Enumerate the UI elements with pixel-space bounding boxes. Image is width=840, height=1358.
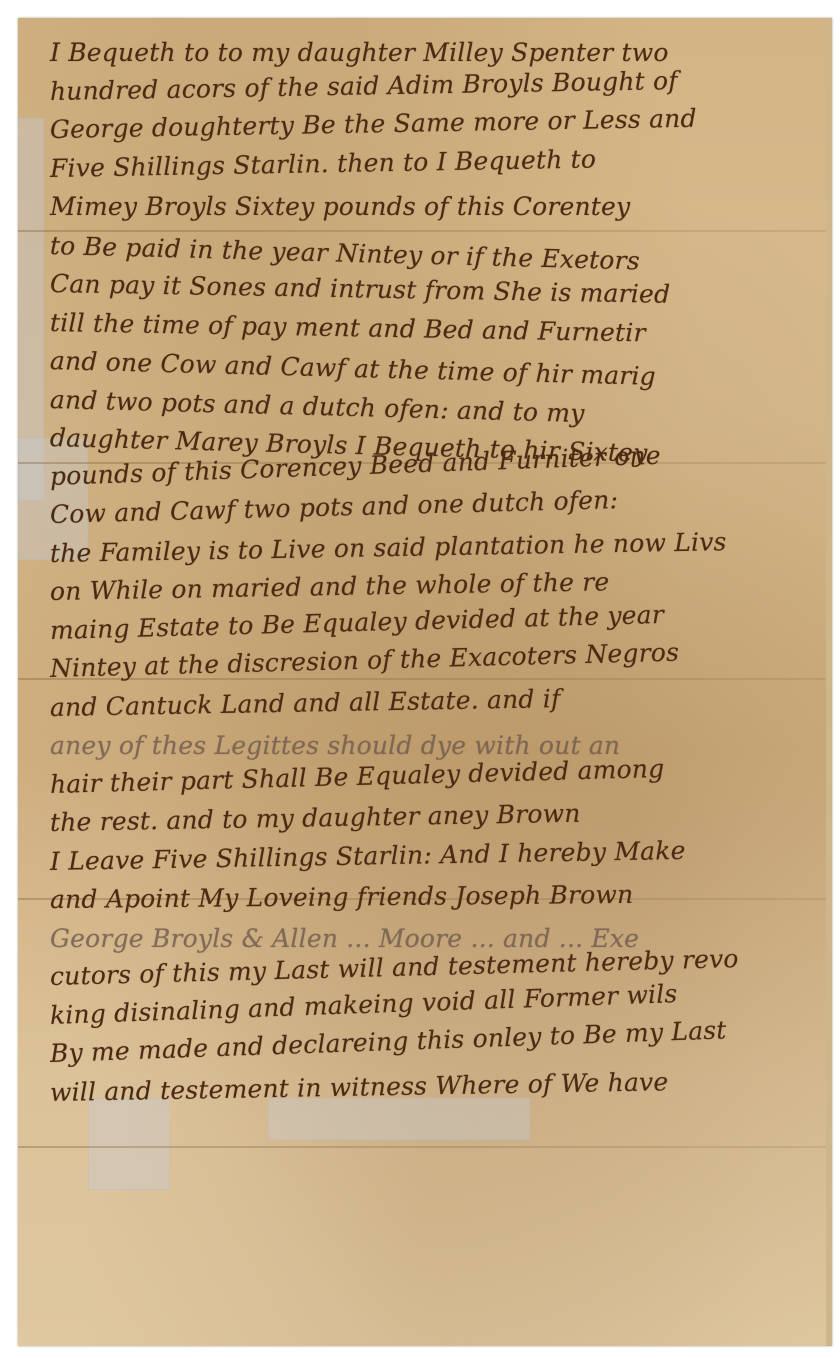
fold-line-5 bbox=[18, 1146, 826, 1148]
text-line: and Apoint My Loveing friends Joseph Bro… bbox=[50, 874, 830, 919]
manuscript-page: I Bequeth to to my daughter Milley Spent… bbox=[18, 18, 832, 1346]
handwritten-text: I Bequeth to to my daughter Milley Spent… bbox=[50, 34, 830, 1112]
text-line: Mimey Broyls Sixtey pounds of this Coren… bbox=[50, 188, 830, 227]
